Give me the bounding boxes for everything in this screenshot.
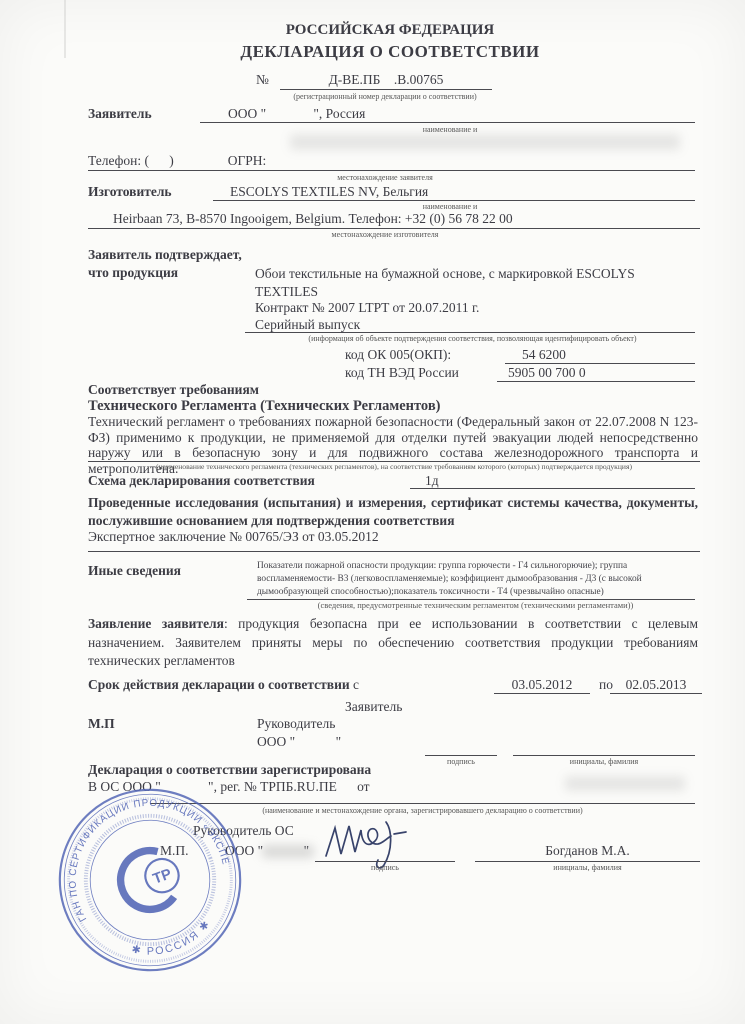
validity-from-word: с xyxy=(353,677,359,692)
applicant-name-caption: наименование и xyxy=(300,125,600,134)
scheme-value: 1д xyxy=(425,473,439,489)
applicant-sign-role: Руководитель xyxy=(257,716,335,732)
statement-paragraph: Заявление заявителя: продукция безопасна… xyxy=(88,615,698,671)
manufacturer-location-caption: местонахождение изготовителя xyxy=(200,230,570,239)
applicant-location-underline xyxy=(88,170,695,171)
validity-date-from: 03.05.2012 xyxy=(496,677,588,693)
other-info-text: Показатели пожарной опасности продукции:… xyxy=(257,560,694,598)
registration-sign-caption: подпись xyxy=(315,863,455,872)
redaction-smudge xyxy=(262,845,314,858)
product-description: Обои текстильные на бумажной основе, с м… xyxy=(255,265,697,300)
registration-underline xyxy=(150,803,695,804)
compliance-heading1: Соответствует требованиям xyxy=(88,382,259,398)
basis-heading: Проведенные исследования (испытания) и и… xyxy=(88,494,698,529)
applicant-sign-caption: подпись xyxy=(425,757,497,766)
compliance-heading2: Технического Регламента (Технических Рег… xyxy=(88,398,440,414)
date-from-underline xyxy=(494,693,590,694)
product-caption: (информация об объекте подтверждения соо… xyxy=(250,334,695,343)
applicant-location-caption: местонахождение заявителя xyxy=(200,173,570,182)
applicant-value: ООО " ", Россия xyxy=(228,106,365,122)
code-tn-value: 5905 00 700 0 xyxy=(508,365,586,381)
number-caption: (регистрационный номер декларации о соот… xyxy=(215,92,555,101)
registration-name-caption: инициалы, фамилия xyxy=(475,863,700,872)
registration-caption: (наименование и местонахождение органа, … xyxy=(150,806,695,815)
confirm-heading: Заявитель подтверждает, xyxy=(88,247,242,263)
date-to-underline xyxy=(610,693,702,694)
compliance-caption: (наименование технического регламента (т… xyxy=(88,463,700,472)
other-info-label: Иные сведения xyxy=(88,563,181,579)
code-ok-value: 54 6200 xyxy=(522,347,566,363)
number-underline xyxy=(280,89,492,90)
scheme-label: Схема декларирования соответствия xyxy=(88,473,315,489)
code-tn-label: код ТН ВЭД России xyxy=(345,365,459,381)
manufacturer-address-underline xyxy=(88,228,700,229)
product-contract: Контракт № 2007 LTPT от 20.07.2011 г. xyxy=(255,300,479,316)
manufacturer-label: Изготовитель xyxy=(88,184,172,200)
applicant-phone-line: Телефон: ( ) ОГРН: xyxy=(88,153,266,169)
scheme-underline xyxy=(410,488,695,489)
validity-label: Срок действия декларации о соответствии xyxy=(88,677,350,692)
product-underline xyxy=(245,332,695,333)
applicant-underline xyxy=(200,122,695,123)
code-ok-label: код ОК 005(ОКП): xyxy=(345,347,451,363)
applicant-sign-line xyxy=(425,755,497,756)
registration-signer-name: Богданов М.А. xyxy=(475,843,700,859)
manufacturer-name-caption: наименование и xyxy=(300,202,600,211)
manufacturer-value: ESCOLYS TEXTILES NV, Бельгия xyxy=(230,184,428,200)
redaction-smudge xyxy=(565,776,685,791)
stamp-center-mark: ТР xyxy=(112,842,187,917)
number-sign: № xyxy=(256,72,269,88)
validity-row: Срок действия декларации о соответствии … xyxy=(88,677,359,693)
registration-name-line xyxy=(475,861,700,862)
registration-sign-line xyxy=(315,861,455,862)
redaction-smudge xyxy=(290,134,680,150)
applicant-name-line xyxy=(513,755,695,756)
code-ok-underline xyxy=(505,363,695,364)
code-tn-underline xyxy=(497,381,695,382)
declaration-number: Д-ВЕ.ПБ .В.00765 xyxy=(280,72,492,88)
registration-heading: Декларация о соответствии зарегистрирова… xyxy=(88,762,371,778)
statement-label: Заявление заявителя xyxy=(88,616,224,631)
manufacturer-underline xyxy=(213,200,695,201)
product-serial: Серийный выпуск xyxy=(255,317,360,333)
other-info-caption: (сведения, предусмотренные техническим р… xyxy=(257,601,694,610)
applicant-stamp-label: М.П xyxy=(88,716,115,732)
applicant-name-caption2: инициалы, фамилия xyxy=(513,757,695,766)
declaration-document: РОССИЙСКАЯ ФЕДЕРАЦИЯ ДЕКЛАРАЦИЯ О СООТВЕ… xyxy=(0,0,745,1024)
country-title: РОССИЙСКАЯ ФЕДЕРАЦИЯ xyxy=(35,22,745,38)
applicant-sign-heading: Заявитель xyxy=(345,699,402,715)
page-title: ДЕКЛАРАЦИЯ О СООТВЕТСТВИИ xyxy=(35,44,745,60)
section-divider xyxy=(88,551,700,552)
product-label: что продукция xyxy=(88,265,178,281)
manufacturer-address: Heirbaan 73, B-8570 Ingooigem, Belgium. … xyxy=(113,211,513,227)
basis-value: Экспертное заключение № 00765/ЭЗ от 03.0… xyxy=(88,529,379,545)
applicant-sign-org: ООО " " xyxy=(257,734,341,750)
validity-date-to: 02.05.2013 xyxy=(611,677,701,693)
applicant-label: Заявитель xyxy=(88,106,152,122)
